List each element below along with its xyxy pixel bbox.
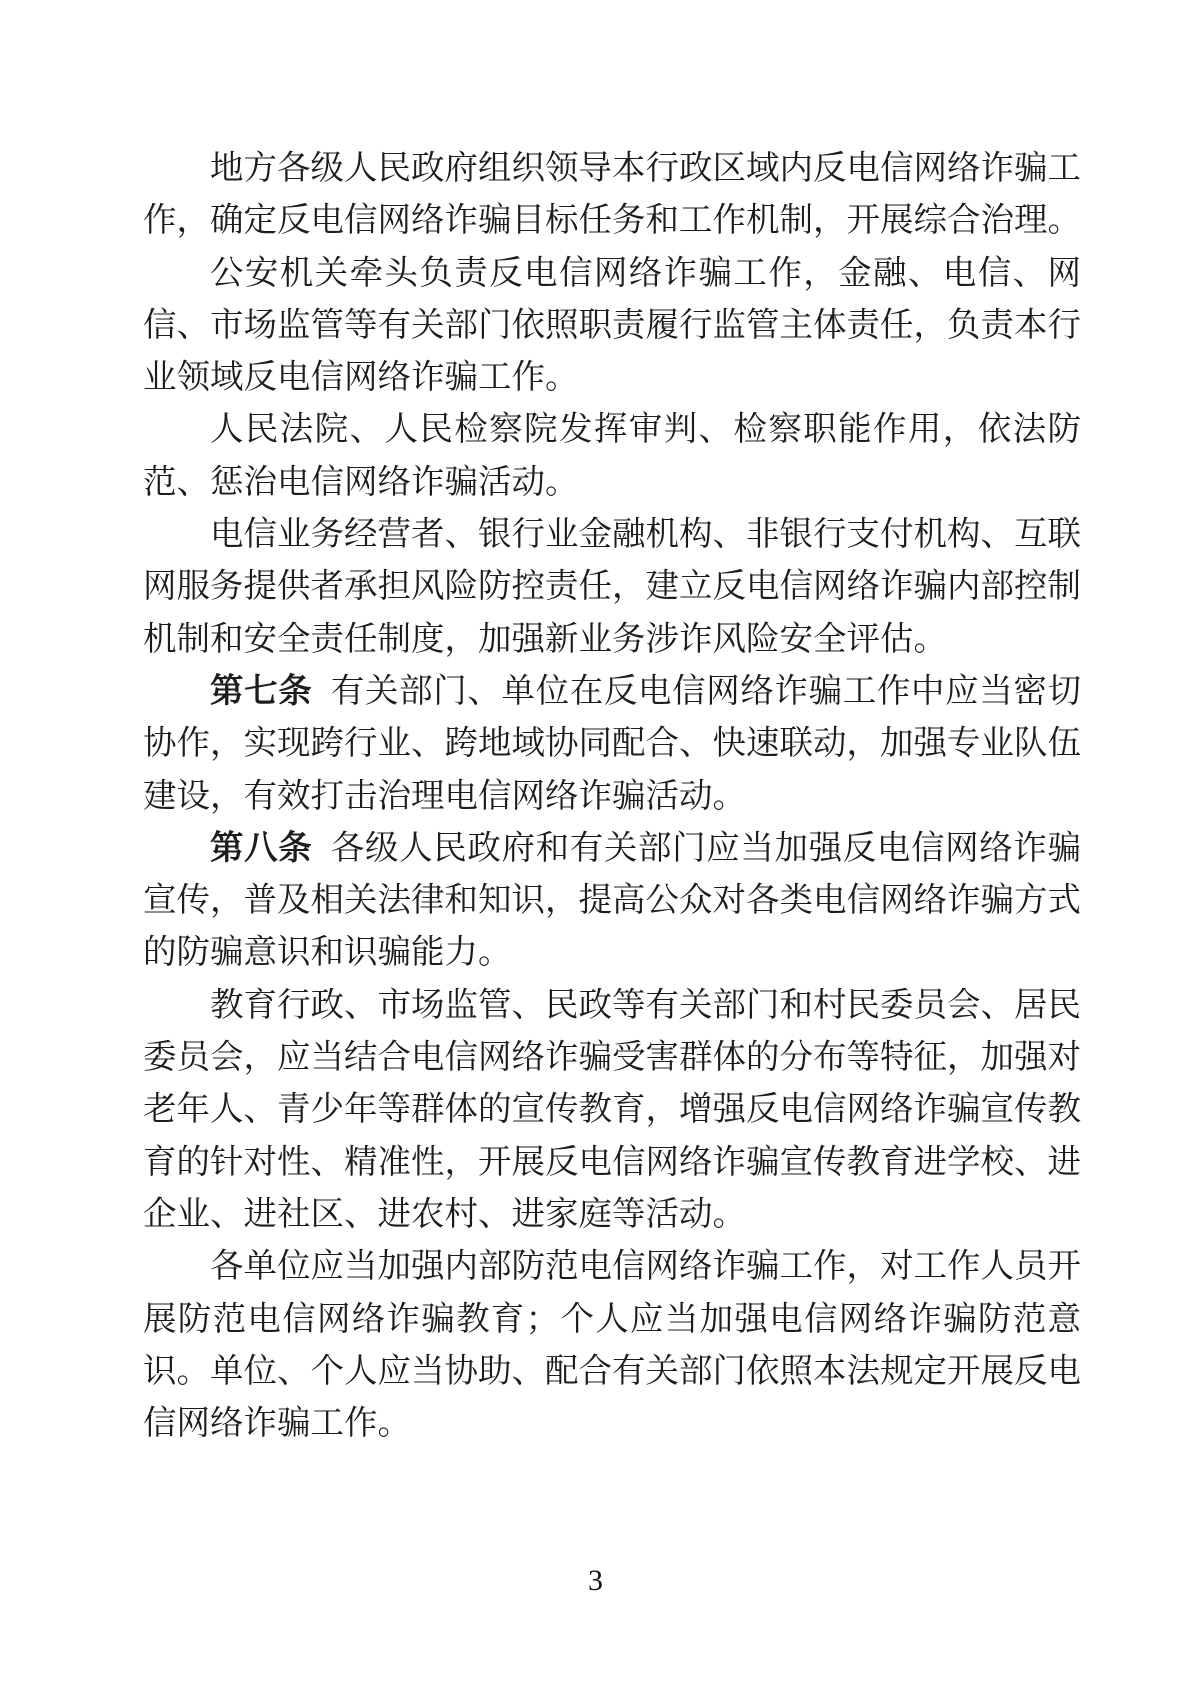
document-body: 地方各级人民政府组织领导本行政区域内反电信网络诈骗工作，确定反电信网络诈骗目标任… xyxy=(143,143,1081,1450)
law-paragraph: 电信业务经营者、银行业金融机构、非银行支付机构、互联网服务提供者承担风险防控责任… xyxy=(143,509,1081,666)
law-paragraph-article-8: 第八条各级人民政府和有关部门应当加强反电信网络诈骗宣传，普及相关法律和知识，提高… xyxy=(143,823,1081,980)
paragraph-text: 人民法院、人民检察院发挥审判、检察职能作用，依法防范、惩治电信网络诈骗活动。 xyxy=(143,411,1081,500)
page-number: 3 xyxy=(0,1563,1191,1599)
law-paragraph: 公安机关牵头负责反电信网络诈骗工作，金融、电信、网信、市场监管等有关部门依照职责… xyxy=(143,248,1081,405)
paragraph-text: 公安机关牵头负责反电信网络诈骗工作，金融、电信、网信、市场监管等有关部门依照职责… xyxy=(143,255,1081,397)
law-paragraph: 教育行政、市场监管、民政等有关部门和村民委员会、居民委员会，应当结合电信网络诈骗… xyxy=(143,980,1081,1241)
article-number-8: 第八条 xyxy=(210,830,312,867)
law-paragraph: 地方各级人民政府组织领导本行政区域内反电信网络诈骗工作，确定反电信网络诈骗目标任… xyxy=(143,143,1081,248)
document-page: 地方各级人民政府组织领导本行政区域内反电信网络诈骗工作，确定反电信网络诈骗目标任… xyxy=(0,0,1191,1684)
law-paragraph: 各单位应当加强内部防范电信网络诈骗工作，对工作人员开展防范电信网络诈骗教育；个人… xyxy=(143,1241,1081,1450)
article-number-7: 第七条 xyxy=(210,673,312,710)
law-paragraph: 人民法院、人民检察院发挥审判、检察职能作用，依法防范、惩治电信网络诈骗活动。 xyxy=(143,404,1081,509)
paragraph-text: 教育行政、市场监管、民政等有关部门和村民委员会、居民委员会，应当结合电信网络诈骗… xyxy=(143,987,1081,1233)
law-paragraph-article-7: 第七条有关部门、单位在反电信网络诈骗工作中应当密切协作，实现跨行业、跨地域协同配… xyxy=(143,666,1081,823)
paragraph-text: 各单位应当加强内部防范电信网络诈骗工作，对工作人员开展防范电信网络诈骗教育；个人… xyxy=(143,1248,1081,1442)
paragraph-text: 电信业务经营者、银行业金融机构、非银行支付机构、互联网服务提供者承担风险防控责任… xyxy=(143,516,1081,658)
paragraph-text: 地方各级人民政府组织领导本行政区域内反电信网络诈骗工作，确定反电信网络诈骗目标任… xyxy=(143,150,1081,239)
